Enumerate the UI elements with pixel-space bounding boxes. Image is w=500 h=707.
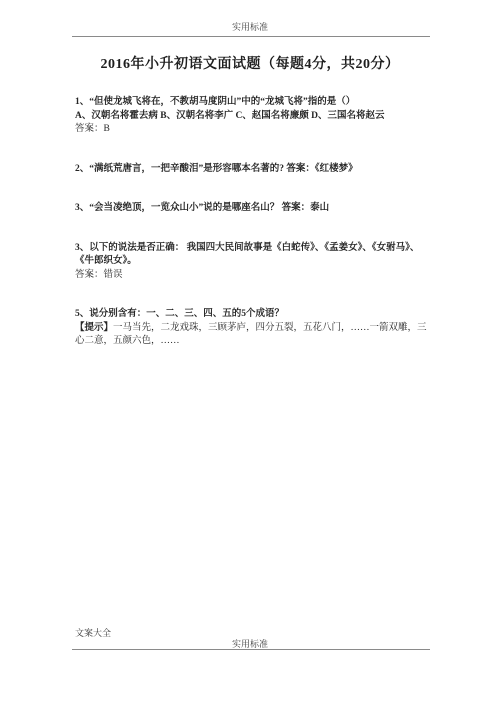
question-5-hint: 【提示】一马当先，二龙戏珠，三顾茅庐，四分五裂，五花八门，……一箭双雕，三心二意…	[75, 322, 431, 349]
question-1-options: A、汉朝名将霍去病 B、汉朝名将李广 C、赵国名将廉颇 D、三国名将赵云	[75, 110, 431, 124]
question-3-prompt: 3、“会当凌绝顶，一览众山小”说的是哪座名山？ 答案：泰山	[75, 202, 431, 216]
hint-label: 【提示】	[75, 323, 113, 333]
question-block-2: 2、“满纸荒唐言，一把辛酸泪”是形容哪本名著的? 答案：《红楼梦》	[75, 163, 431, 177]
question-block-1: 1、“但使龙城飞将在，不教胡马度阴山”中的“龙城飞将”指的是（） A、汉朝名将霍…	[75, 96, 431, 137]
header-text: 实用标准	[0, 20, 500, 33]
footer-rule	[72, 649, 430, 650]
question-2-prompt: 2、“满纸荒唐言，一把辛酸泪”是形容哪本名著的? 答案：《红楼梦》	[75, 163, 431, 177]
hint-text: 一马当先，二龙戏珠，三顾茅庐，四分五裂，五花八门，……一箭双雕，三心二意，五颜六…	[75, 323, 427, 347]
question-1-answer: 答案：B	[75, 123, 431, 137]
header-rule	[72, 36, 430, 37]
document-body: 1、“但使龙城飞将在，不教胡马度阴山”中的“龙城飞将”指的是（） A、汉朝名将霍…	[75, 96, 431, 375]
question-block-3: 3、“会当凌绝顶，一览众山小”说的是哪座名山？ 答案：泰山	[75, 202, 431, 216]
question-4-statement: 3、以下的说法是否正确： 我国四大民间故事是《白蛇传》、《孟姜女》、《女驸马》、…	[75, 242, 431, 269]
question-1-prompt: 1、“但使龙城飞将在，不教胡马度阴山”中的“龙城飞将”指的是（）	[75, 96, 431, 110]
question-5-prompt: 5、说分别含有：一、二、三、四、五的5个成语？	[75, 308, 431, 322]
question-4-answer: 答案：错误	[75, 269, 431, 283]
page-title: 2016年小升初语文面试题（每题4分，共20分）	[0, 53, 500, 73]
document-page: 实用标准 2016年小升初语文面试题（每题4分，共20分） 1、“但使龙城飞将在…	[0, 0, 500, 707]
question-block-4: 3、以下的说法是否正确： 我国四大民间故事是《白蛇传》、《孟姜女》、《女驸马》、…	[75, 242, 431, 283]
question-block-5: 5、说分别含有：一、二、三、四、五的5个成语？ 【提示】一马当先，二龙戏珠，三顾…	[75, 308, 431, 349]
